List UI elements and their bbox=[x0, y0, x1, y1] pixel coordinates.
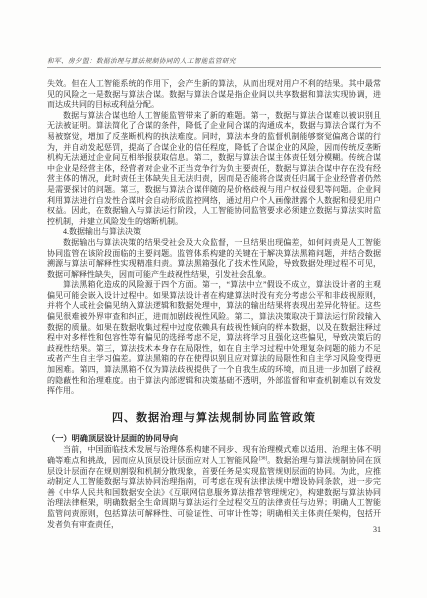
header-rule bbox=[47, 67, 381, 68]
journal-page: 和军、房夕盟：数据治理与算法规制协同的人工智能监管研究 失效。但在人工智能系统的… bbox=[0, 0, 427, 598]
paragraph: 数据输出与算法决策的结果受社会及大众监督，一旦结果出现偏差，如何问责是人工智能协… bbox=[47, 238, 381, 280]
paragraph-text: 。数据治理与算法规制协同在顶层设计层面存在规则割裂和机制分散现象，首要任务是实现… bbox=[47, 456, 381, 529]
page-number: 31 bbox=[373, 525, 381, 534]
numbered-subheading: 4.数据输出与算法决策 bbox=[47, 227, 381, 238]
subsection-heading: （一）明确顶层设计层面的协同导向 bbox=[47, 434, 381, 445]
section-heading: 四、数据治理与算法规制协同监管政策 bbox=[47, 409, 381, 425]
citation-ref: [36] bbox=[259, 456, 267, 461]
paragraph: 算法黑箱化造成的风险源于四个方面。第一，“算法中立”假设不成立，算法设计者的主观… bbox=[47, 280, 381, 397]
page-body: 失效。但在人工智能系统的作用下，会产生新的算法，从而出现对用户不利的结果。其中最… bbox=[47, 79, 381, 530]
running-header: 和军、房夕盟：数据治理与算法规制协同的人工智能监管研究 bbox=[47, 55, 381, 65]
paragraph: 当前，中国面临技术发展与治理体系构建不同步、现有治理模式难以适用、治理主体不明确… bbox=[47, 445, 381, 530]
paragraph-continuation: 失效。但在人工智能系统的作用下，会产生新的算法，从而出现对用户不利的结果。其中最… bbox=[47, 79, 381, 111]
paragraph: 数据与算法合谋也给人工智能监管带来了新的难题。第一，数据与算法合谋难以被识别且无… bbox=[47, 111, 381, 228]
